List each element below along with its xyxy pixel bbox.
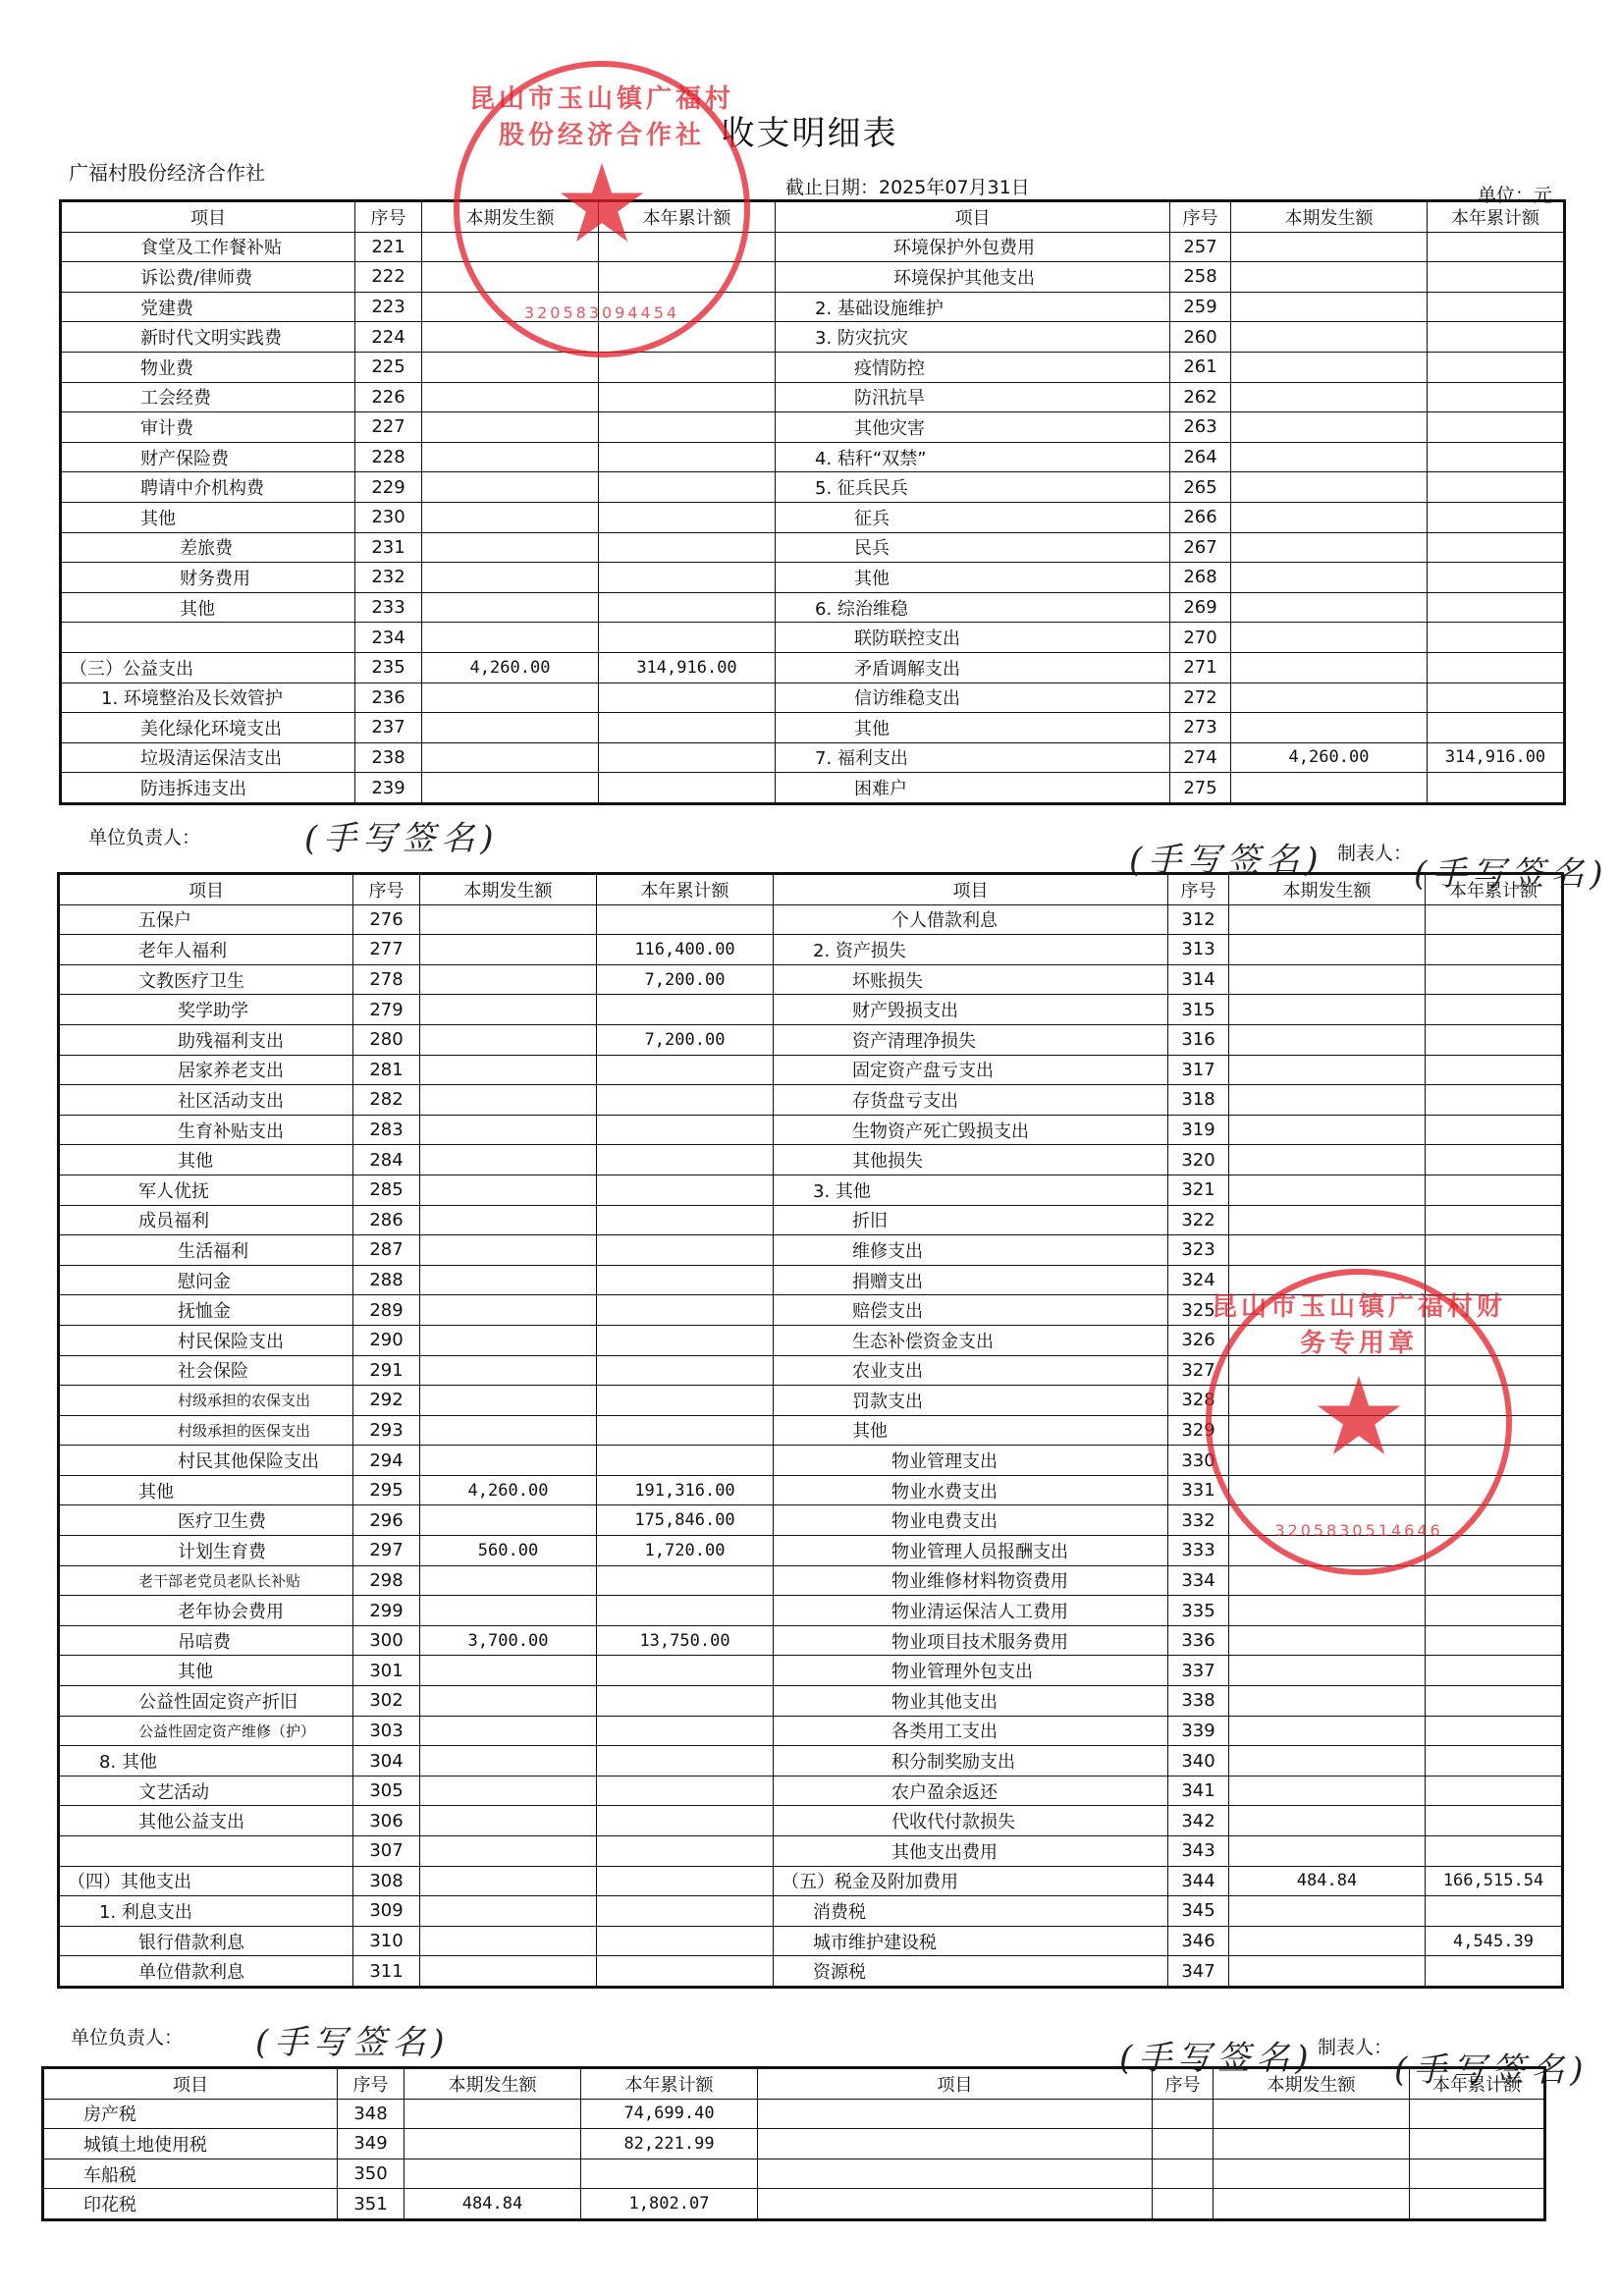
- period-amount-cell: [420, 1446, 597, 1476]
- item-name-cell: 生态补偿资金支出: [774, 1325, 1168, 1355]
- column-header-seq: 序号: [1168, 874, 1229, 905]
- item-name-cell: （五）税金及附加费用: [774, 1866, 1168, 1896]
- column-header-seq: 序号: [355, 201, 422, 233]
- table-row: 物业费225疫情防控261: [61, 352, 1565, 382]
- seq-number-cell: 232: [355, 563, 422, 593]
- ytd-amount-cell: [581, 2159, 758, 2189]
- period-amount-cell: [1229, 1235, 1426, 1266]
- period-amount-cell: [1231, 292, 1428, 322]
- period-amount-cell: [422, 683, 599, 713]
- period-amount-cell: [1229, 1446, 1426, 1476]
- seq-number-cell: 282: [353, 1085, 420, 1116]
- table-row: 公益性固定资产折旧302物业其他支出338: [59, 1686, 1563, 1717]
- column-header-seq: 序号: [353, 874, 420, 905]
- period-amount-cell: [1229, 1505, 1426, 1536]
- period-amount-cell: [1229, 1145, 1426, 1175]
- period-amount-cell: [420, 1235, 597, 1266]
- item-name-cell: 吊唁费: [59, 1625, 353, 1656]
- preparer-label-2: 制表人：: [1318, 2033, 1392, 2059]
- ytd-amount-cell: [1428, 713, 1565, 743]
- seq-number-cell: 281: [353, 1055, 420, 1085]
- item-name-cell: 疫情防控: [776, 352, 1170, 382]
- period-amount-cell: [1229, 1295, 1426, 1326]
- period-amount-cell: [1229, 904, 1426, 935]
- ytd-amount-cell: [1410, 2189, 1545, 2220]
- seq-number-cell: 262: [1170, 382, 1231, 412]
- item-name-cell: 环境保护其他支出: [776, 262, 1170, 293]
- seq-number-cell: 234: [355, 623, 422, 653]
- table-row: 8. 其他304积分制奖励支出340: [59, 1746, 1563, 1777]
- item-name-cell: 财产保险费: [61, 442, 355, 472]
- item-name-cell: （三）公益支出: [61, 652, 355, 683]
- item-name-cell: 城市维护建设税: [774, 1926, 1168, 1956]
- table-row: 公益性固定资产维修（护）303各类用工支出339: [59, 1716, 1563, 1746]
- column-header-ytd: 本年累计额: [599, 201, 776, 233]
- table-row: 计划生育费297560.001,720.00物业管理人员报酬支出333: [59, 1536, 1563, 1566]
- table-row: （四）其他支出308（五）税金及附加费用344484.84166,515.54: [59, 1866, 1563, 1896]
- ytd-amount-cell: [597, 1265, 774, 1295]
- seq-number-cell: 302: [353, 1686, 420, 1717]
- item-name-cell: 6. 综治维稳: [776, 592, 1170, 623]
- item-name-cell: 维修支出: [774, 1235, 1168, 1266]
- item-name-cell: 审计费: [61, 412, 355, 443]
- seq-number-cell: 277: [353, 935, 420, 965]
- seq-number-cell: 259: [1170, 292, 1231, 322]
- item-name-cell: 罚款支出: [774, 1386, 1168, 1416]
- table-row: 老年人福利277116,400.002. 资产损失313: [59, 935, 1563, 965]
- table-row: 财务费用232其他268: [61, 563, 1565, 593]
- period-amount-cell: [420, 1355, 597, 1386]
- table-row: 聘请中介机构费2295. 征兵民兵265: [61, 472, 1565, 503]
- period-amount-cell: 484.84: [405, 2189, 581, 2220]
- table-row: 差旅费231民兵267: [61, 532, 1565, 563]
- ytd-amount-cell: [1428, 502, 1565, 532]
- ytd-amount-cell: [1426, 1596, 1563, 1626]
- item-name-cell: 坏账损失: [774, 964, 1168, 995]
- seq-number-cell: 304: [353, 1746, 420, 1777]
- seq-number-cell: 267: [1170, 532, 1231, 563]
- cutoff-date: 截止日期：2025年07月31日: [785, 173, 1030, 199]
- ytd-amount-cell: [1426, 1656, 1563, 1686]
- period-amount-cell: [422, 623, 599, 653]
- ytd-amount-cell: [1426, 1355, 1563, 1386]
- item-name-cell: 固定资产盘亏支出: [774, 1055, 1168, 1085]
- period-amount-cell: [420, 1055, 597, 1085]
- ytd-amount-cell: [1426, 1565, 1563, 1596]
- seq-number-cell: 335: [1168, 1596, 1229, 1626]
- item-name-cell: 物业管理外包支出: [774, 1656, 1168, 1686]
- item-name-cell: 工会经费: [61, 382, 355, 412]
- table-row: 新时代文明实践费2243. 防灾抗灾260: [61, 322, 1565, 353]
- item-name-cell: 印花税: [43, 2189, 338, 2220]
- column-header-item: 项目: [43, 2068, 338, 2100]
- table-row: 垃圾清运保洁支出2387. 福利支出2744,260.00314,916.00: [61, 742, 1565, 773]
- period-amount-cell: [422, 472, 599, 503]
- column-header-item: 项目: [61, 201, 355, 233]
- period-amount-cell: [422, 502, 599, 532]
- seq-number-cell: 311: [353, 1956, 420, 1988]
- item-name-cell: 其他: [59, 1145, 353, 1175]
- item-name-cell: 赔偿支出: [774, 1295, 1168, 1326]
- period-amount-cell: [1231, 322, 1428, 353]
- period-amount-cell: [1229, 1325, 1426, 1355]
- ytd-amount-cell: [597, 1446, 774, 1476]
- table-row: 吊唁费3003,700.0013,750.00物业项目技术服务费用336: [59, 1625, 1563, 1656]
- period-amount-cell: [1229, 1055, 1426, 1085]
- ytd-amount-cell: [597, 1115, 774, 1145]
- period-amount-cell: [1229, 1536, 1426, 1566]
- table-row: 工会经费226防汛抗旱262: [61, 382, 1565, 412]
- item-name-cell: 其他: [59, 1656, 353, 1686]
- item-name-cell: 防违拆违支出: [61, 773, 355, 804]
- period-amount-cell: [422, 532, 599, 563]
- ytd-amount-cell: 314,916.00: [599, 652, 776, 683]
- item-name-cell: 老干部老党员老队长补贴: [59, 1565, 353, 1596]
- ytd-amount-cell: [1428, 292, 1565, 322]
- period-amount-cell: [420, 1415, 597, 1446]
- table-row: 1. 利息支出309消费税345: [59, 1896, 1563, 1927]
- seq-number-cell: 323: [1168, 1235, 1229, 1266]
- period-amount-cell: [420, 1505, 597, 1536]
- table-row: 其他230征兵266: [61, 502, 1565, 532]
- ytd-amount-cell: [597, 1235, 774, 1266]
- seq-number-cell: 301: [353, 1656, 420, 1686]
- ytd-amount-cell: [597, 1866, 774, 1896]
- ytd-amount-cell: [1428, 652, 1565, 683]
- table-row: 其他301物业管理外包支出337: [59, 1656, 1563, 1686]
- item-name-cell: 4. 秸秆“双禁”: [776, 442, 1170, 472]
- ytd-amount-cell: [597, 1355, 774, 1386]
- seq-number-cell: 280: [353, 1024, 420, 1055]
- period-amount-cell: [405, 2159, 581, 2189]
- ytd-amount-cell: [599, 442, 776, 472]
- unit-head-signature: (手写签名): [304, 811, 500, 859]
- table-row: 其他2954,260.00191,316.00物业水费支出331: [59, 1475, 1563, 1505]
- period-amount-cell: [1231, 713, 1428, 743]
- item-name-cell: 财务费用: [61, 563, 355, 593]
- seq-number-cell: 347: [1168, 1956, 1229, 1988]
- table-row: 社会保险291农业支出327: [59, 1355, 1563, 1386]
- ytd-amount-cell: [597, 1325, 774, 1355]
- table-row: 村级承担的医保支出293其他329: [59, 1415, 1563, 1446]
- period-amount-cell: [420, 1866, 597, 1896]
- period-amount-cell: [1231, 592, 1428, 623]
- seq-number-cell: 295: [353, 1475, 420, 1505]
- item-name-cell: 单位借款利息: [59, 1956, 353, 1988]
- period-amount-cell: [420, 964, 597, 995]
- item-name-cell: 其他: [61, 592, 355, 623]
- ytd-amount-cell: 191,316.00: [597, 1475, 774, 1505]
- ytd-amount-cell: [1428, 623, 1565, 653]
- seq-number-cell: [1153, 2189, 1214, 2220]
- table-row: 单位借款利息311资源税347: [59, 1956, 1563, 1988]
- seq-number-cell: 283: [353, 1115, 420, 1145]
- period-amount-cell: [1229, 1175, 1426, 1205]
- period-amount-cell: [422, 232, 599, 262]
- seq-number-cell: 316: [1168, 1024, 1229, 1055]
- period-amount-cell: [1229, 1926, 1426, 1956]
- item-name-cell: 2. 基础设施维护: [776, 292, 1170, 322]
- item-name-cell: 慰问金: [59, 1265, 353, 1295]
- seq-number-cell: 300: [353, 1625, 420, 1656]
- seq-number-cell: 317: [1168, 1055, 1229, 1085]
- table-header-row: 项目序号本期发生额本年累计额项目序号本期发生额本年累计额: [59, 874, 1563, 905]
- ytd-amount-cell: [1426, 1145, 1563, 1175]
- item-name-cell: 居家养老支出: [59, 1055, 353, 1085]
- seq-number-cell: 326: [1168, 1325, 1229, 1355]
- table-row: 五保户276个人借款利息312: [59, 904, 1563, 935]
- table-row: 307其他支出费用343: [59, 1836, 1563, 1867]
- period-amount-cell: 4,260.00: [1231, 742, 1428, 773]
- seq-number-cell: 294: [353, 1446, 420, 1476]
- ytd-amount-cell: [1426, 904, 1563, 935]
- period-amount-cell: [420, 1746, 597, 1777]
- seq-number-cell: 237: [355, 713, 422, 743]
- item-name-cell: 7. 福利支出: [776, 742, 1170, 773]
- seq-number-cell: 229: [355, 472, 422, 503]
- ytd-amount-cell: [1428, 232, 1565, 262]
- table-row: 其他公益支出306代收代付款损失342: [59, 1806, 1563, 1836]
- table-row: 老年协会费用299物业清运保洁人工费用335: [59, 1596, 1563, 1626]
- ytd-amount-cell: [1426, 1325, 1563, 1355]
- unit-head-label-2: 单位负责人：: [71, 2023, 183, 2050]
- seq-number-cell: 346: [1168, 1926, 1229, 1956]
- item-name-cell: 其他: [776, 713, 1170, 743]
- table-row: 234联防联控支出270: [61, 623, 1565, 653]
- seq-number-cell: 239: [355, 773, 422, 804]
- seq-number-cell: 292: [353, 1386, 420, 1416]
- ytd-amount-cell: [597, 1596, 774, 1626]
- ytd-amount-cell: [599, 773, 776, 804]
- item-name-cell: 计划生育费: [59, 1536, 353, 1566]
- ytd-amount-cell: [599, 742, 776, 773]
- table-row: 审计费227其他灾害263: [61, 412, 1565, 443]
- item-name-cell: 物业维修材料物资费用: [774, 1565, 1168, 1596]
- ytd-amount-cell: [1426, 1686, 1563, 1717]
- table-row: 村民其他保险支出294物业管理支出330: [59, 1446, 1563, 1476]
- item-name-cell: 其他损失: [774, 1145, 1168, 1175]
- item-name-cell: 文教医疗卫生: [59, 964, 353, 995]
- ytd-amount-cell: [1428, 472, 1565, 503]
- seq-number-cell: 328: [1168, 1386, 1229, 1416]
- seq-number-cell: 274: [1170, 742, 1231, 773]
- seq-number-cell: 226: [355, 382, 422, 412]
- seq-number-cell: 298: [353, 1565, 420, 1596]
- table-row: 文艺活动305农户盈余返还341: [59, 1776, 1563, 1806]
- period-amount-cell: 4,260.00: [420, 1475, 597, 1505]
- seq-number-cell: 320: [1168, 1145, 1229, 1175]
- table-row: 生育补贴支出283生物资产死亡毁损支出319: [59, 1115, 1563, 1145]
- ytd-amount-cell: [1428, 532, 1565, 563]
- period-amount-cell: [420, 1085, 597, 1116]
- ytd-amount-cell: 116,400.00: [597, 935, 774, 965]
- seq-number-cell: 349: [338, 2129, 405, 2159]
- item-name-cell: 生育补贴支出: [59, 1115, 353, 1145]
- item-name-cell: 其他: [59, 1475, 353, 1505]
- item-name-cell: 奖学助学: [59, 995, 353, 1025]
- seq-number-cell: 334: [1168, 1565, 1229, 1596]
- ytd-amount-cell: [599, 412, 776, 443]
- period-amount-cell: [420, 1265, 597, 1295]
- ytd-amount-cell: [597, 1175, 774, 1205]
- period-amount-cell: [1229, 1956, 1426, 1988]
- organization-name: 广福村股份经济合作社: [69, 157, 265, 186]
- seq-number-cell: 332: [1168, 1505, 1229, 1536]
- seq-number-cell: [1153, 2129, 1214, 2159]
- item-name-cell: 城镇土地使用税: [43, 2129, 338, 2159]
- item-name-cell: [61, 623, 355, 653]
- seq-number-cell: 327: [1168, 1355, 1229, 1386]
- item-name-cell: 村级承担的医保支出: [59, 1415, 353, 1446]
- ytd-amount-cell: [597, 1145, 774, 1175]
- ytd-amount-cell: [1428, 592, 1565, 623]
- item-name-cell: [758, 2189, 1153, 2220]
- ytd-amount-cell: [1426, 1625, 1563, 1656]
- table-row: （三）公益支出2354,260.00314,916.00矛盾调解支出271: [61, 652, 1565, 683]
- period-amount-cell: [1229, 1386, 1426, 1416]
- seq-number-cell: 288: [353, 1265, 420, 1295]
- ytd-amount-cell: [597, 1836, 774, 1867]
- column-header-period: 本期发生额: [420, 874, 597, 905]
- period-amount-cell: [420, 1926, 597, 1956]
- item-name-cell: 聘请中介机构费: [61, 472, 355, 503]
- ytd-amount-cell: [1426, 1536, 1563, 1566]
- period-amount-cell: [1229, 1085, 1426, 1116]
- item-name-cell: 老年人福利: [59, 935, 353, 965]
- seq-number-cell: 296: [353, 1505, 420, 1536]
- table-row: 生活福利287维修支出323: [59, 1235, 1563, 1266]
- seq-number-cell: 272: [1170, 683, 1231, 713]
- table-row: 房产税34874,699.40: [43, 2099, 1545, 2129]
- seq-number-cell: 303: [353, 1716, 420, 1746]
- item-name-cell: 物业其他支出: [774, 1686, 1168, 1717]
- item-name-cell: 8. 其他: [59, 1746, 353, 1777]
- item-name-cell: （四）其他支出: [59, 1866, 353, 1896]
- seq-number-cell: 312: [1168, 904, 1229, 935]
- seq-number-cell: 345: [1168, 1896, 1229, 1927]
- period-amount-cell: [420, 1145, 597, 1175]
- period-amount-cell: [420, 1325, 597, 1355]
- ytd-amount-cell: 166,515.54: [1426, 1866, 1563, 1896]
- seq-number-cell: 348: [338, 2099, 405, 2129]
- ytd-amount-cell: [599, 713, 776, 743]
- seq-number-cell: 307: [353, 1836, 420, 1867]
- period-amount-cell: [1229, 1415, 1426, 1446]
- period-amount-cell: [420, 1656, 597, 1686]
- seq-number-cell: 279: [353, 995, 420, 1025]
- table-row: 社区活动支出282存货盘亏支出318: [59, 1085, 1563, 1116]
- table-row: 1. 环境整治及长效管护236信访维稳支出272: [61, 683, 1565, 713]
- item-name-cell: 差旅费: [61, 532, 355, 563]
- ytd-amount-cell: [1428, 352, 1565, 382]
- ytd-amount-cell: 4,545.39: [1426, 1926, 1563, 1956]
- item-name-cell: 困难户: [776, 773, 1170, 804]
- item-name-cell: 其他: [774, 1415, 1168, 1446]
- ytd-amount-cell: [1426, 1505, 1563, 1536]
- item-name-cell: 车船税: [43, 2159, 338, 2189]
- seq-number-cell: 284: [353, 1145, 420, 1175]
- table-header-row: 项目序号本期发生额本年累计额项目序号本期发生额本年累计额: [43, 2068, 1545, 2100]
- period-amount-cell: [1229, 1686, 1426, 1717]
- item-name-cell: 诉讼费/律师费: [61, 262, 355, 293]
- ytd-amount-cell: 1,720.00: [597, 1536, 774, 1566]
- ytd-amount-cell: [1426, 964, 1563, 995]
- item-name-cell: 物业水费支出: [774, 1475, 1168, 1505]
- seq-number-cell: 260: [1170, 322, 1231, 353]
- table-row: 防违拆违支出239困难户275: [61, 773, 1565, 804]
- seq-number-cell: 342: [1168, 1806, 1229, 1836]
- item-name-cell: 捐赠支出: [774, 1265, 1168, 1295]
- seq-number-cell: 278: [353, 964, 420, 995]
- item-name-cell: 文艺活动: [59, 1776, 353, 1806]
- seq-number-cell: 325: [1168, 1295, 1229, 1326]
- seq-number-cell: 305: [353, 1776, 420, 1806]
- item-name-cell: 物业管理人员报酬支出: [774, 1536, 1168, 1566]
- column-header-ytd: 本年累计额: [597, 874, 774, 905]
- seq-number-cell: 291: [353, 1355, 420, 1386]
- column-header-item: 项目: [59, 874, 353, 905]
- seq-number-cell: 266: [1170, 502, 1231, 532]
- table-row: 印花税351484.841,802.07: [43, 2189, 1545, 2220]
- period-amount-cell: [420, 1175, 597, 1205]
- ytd-amount-cell: [1426, 1175, 1563, 1205]
- period-amount-cell: 4,260.00: [422, 652, 599, 683]
- table-row: 美化绿化环境支出237其他273: [61, 713, 1565, 743]
- ytd-amount-cell: [599, 592, 776, 623]
- period-amount-cell: [1231, 232, 1428, 262]
- unit-head-label: 单位负责人：: [88, 823, 200, 849]
- ytd-amount-cell: [597, 1716, 774, 1746]
- item-name-cell: 防汛抗旱: [776, 382, 1170, 412]
- period-amount-cell: [420, 1716, 597, 1746]
- column-header-item: 项目: [758, 2068, 1153, 2100]
- seq-number-cell: 340: [1168, 1746, 1229, 1777]
- period-amount-cell: [1229, 1625, 1426, 1656]
- column-header-ytd: 本年累计额: [1426, 874, 1563, 905]
- seq-number-cell: 238: [355, 742, 422, 773]
- period-amount-cell: [1229, 1656, 1426, 1686]
- table-row: 居家养老支出281固定资产盘亏支出317: [59, 1055, 1563, 1085]
- item-name-cell: 村级承担的农保支出: [59, 1386, 353, 1416]
- item-name-cell: 积分制奖励支出: [774, 1746, 1168, 1777]
- ytd-amount-cell: [599, 563, 776, 593]
- period-amount-cell: [1231, 623, 1428, 653]
- item-name-cell: 征兵: [776, 502, 1170, 532]
- seq-number-cell: 336: [1168, 1625, 1229, 1656]
- item-name-cell: 其他灾害: [776, 412, 1170, 443]
- seq-number-cell: 321: [1168, 1175, 1229, 1205]
- column-header-period: 本期发生额: [405, 2068, 581, 2100]
- ytd-amount-cell: 7,200.00: [597, 1024, 774, 1055]
- period-amount-cell: [1231, 502, 1428, 532]
- column-header-item: 项目: [776, 201, 1170, 233]
- item-name-cell: 1. 利息支出: [59, 1896, 353, 1927]
- seq-number-cell: 341: [1168, 1776, 1229, 1806]
- item-name-cell: 资产清理净损失: [774, 1024, 1168, 1055]
- item-name-cell: [758, 2129, 1153, 2159]
- item-name-cell: 社会保险: [59, 1355, 353, 1386]
- item-name-cell: 党建费: [61, 292, 355, 322]
- item-name-cell: 助残福利支出: [59, 1024, 353, 1055]
- item-name-cell: 其他公益支出: [59, 1806, 353, 1836]
- period-amount-cell: [420, 1115, 597, 1145]
- unit-head-signature-2: (手写签名): [255, 2015, 451, 2063]
- period-amount-cell: [422, 563, 599, 593]
- seq-number-cell: 227: [355, 412, 422, 443]
- period-amount-cell: [1229, 1024, 1426, 1055]
- table-row: 慰问金288捐赠支出324: [59, 1265, 1563, 1295]
- item-name-cell: 老年协会费用: [59, 1596, 353, 1626]
